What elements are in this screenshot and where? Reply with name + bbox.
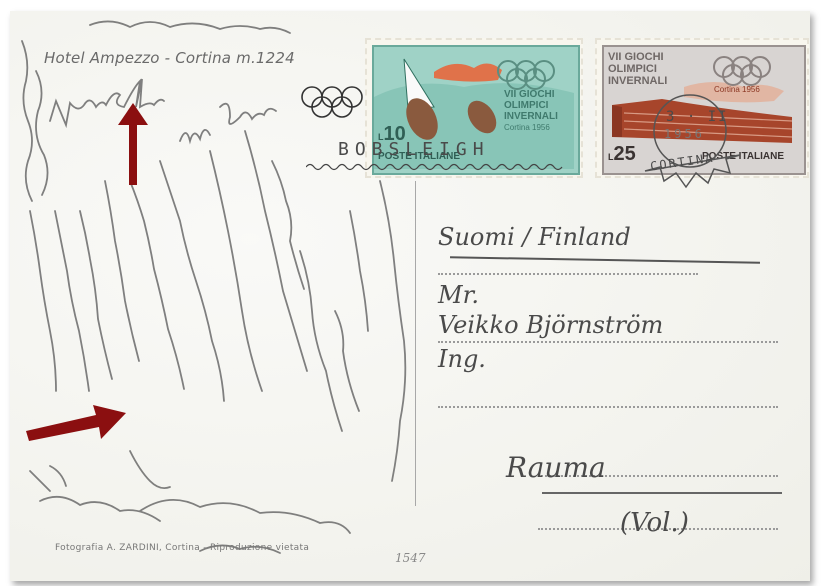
city-underline	[542, 492, 782, 494]
red-arrow-right-icon	[26, 405, 126, 445]
address-region: (Vol.)	[620, 508, 689, 538]
address-line-3	[438, 406, 778, 408]
olympic-rings-postmark-icon	[300, 83, 370, 123]
postcard: Hotel Ampezzo - Cortina m.1224	[10, 11, 810, 581]
address-country: Suomi / Finland	[438, 223, 631, 251]
postmark-year: 1956	[664, 127, 705, 141]
address-salutation: Mr.	[438, 281, 479, 309]
wave-cancel-lines	[306, 161, 566, 173]
card-number: 1547	[395, 551, 426, 565]
address-line-1	[438, 273, 698, 275]
red-arrow-up-icon	[118, 103, 148, 193]
address-title: Ing.	[438, 345, 486, 373]
address-divider	[415, 181, 416, 506]
address-city: Rauma	[506, 451, 606, 484]
photo-credit: Fotografia A. ZARDINI, Cortina - Riprodu…	[55, 543, 309, 553]
bobsleigh-postmark: BOBSLEIGH	[338, 139, 490, 160]
postmark-date: 3 · II	[666, 109, 729, 125]
address-name: Veikko Björnström	[438, 311, 663, 339]
cortina-postmark-star	[630, 91, 750, 201]
stamp-1-olympic-text: VII GIOCHI OLIMPICI INVERNALI Cortina 19…	[504, 89, 558, 133]
address-line-2	[438, 341, 778, 343]
stamp-2-olympic-text: VII GIOCHI OLIMPICI INVERNALI	[608, 51, 667, 87]
country-underline	[450, 256, 760, 263]
